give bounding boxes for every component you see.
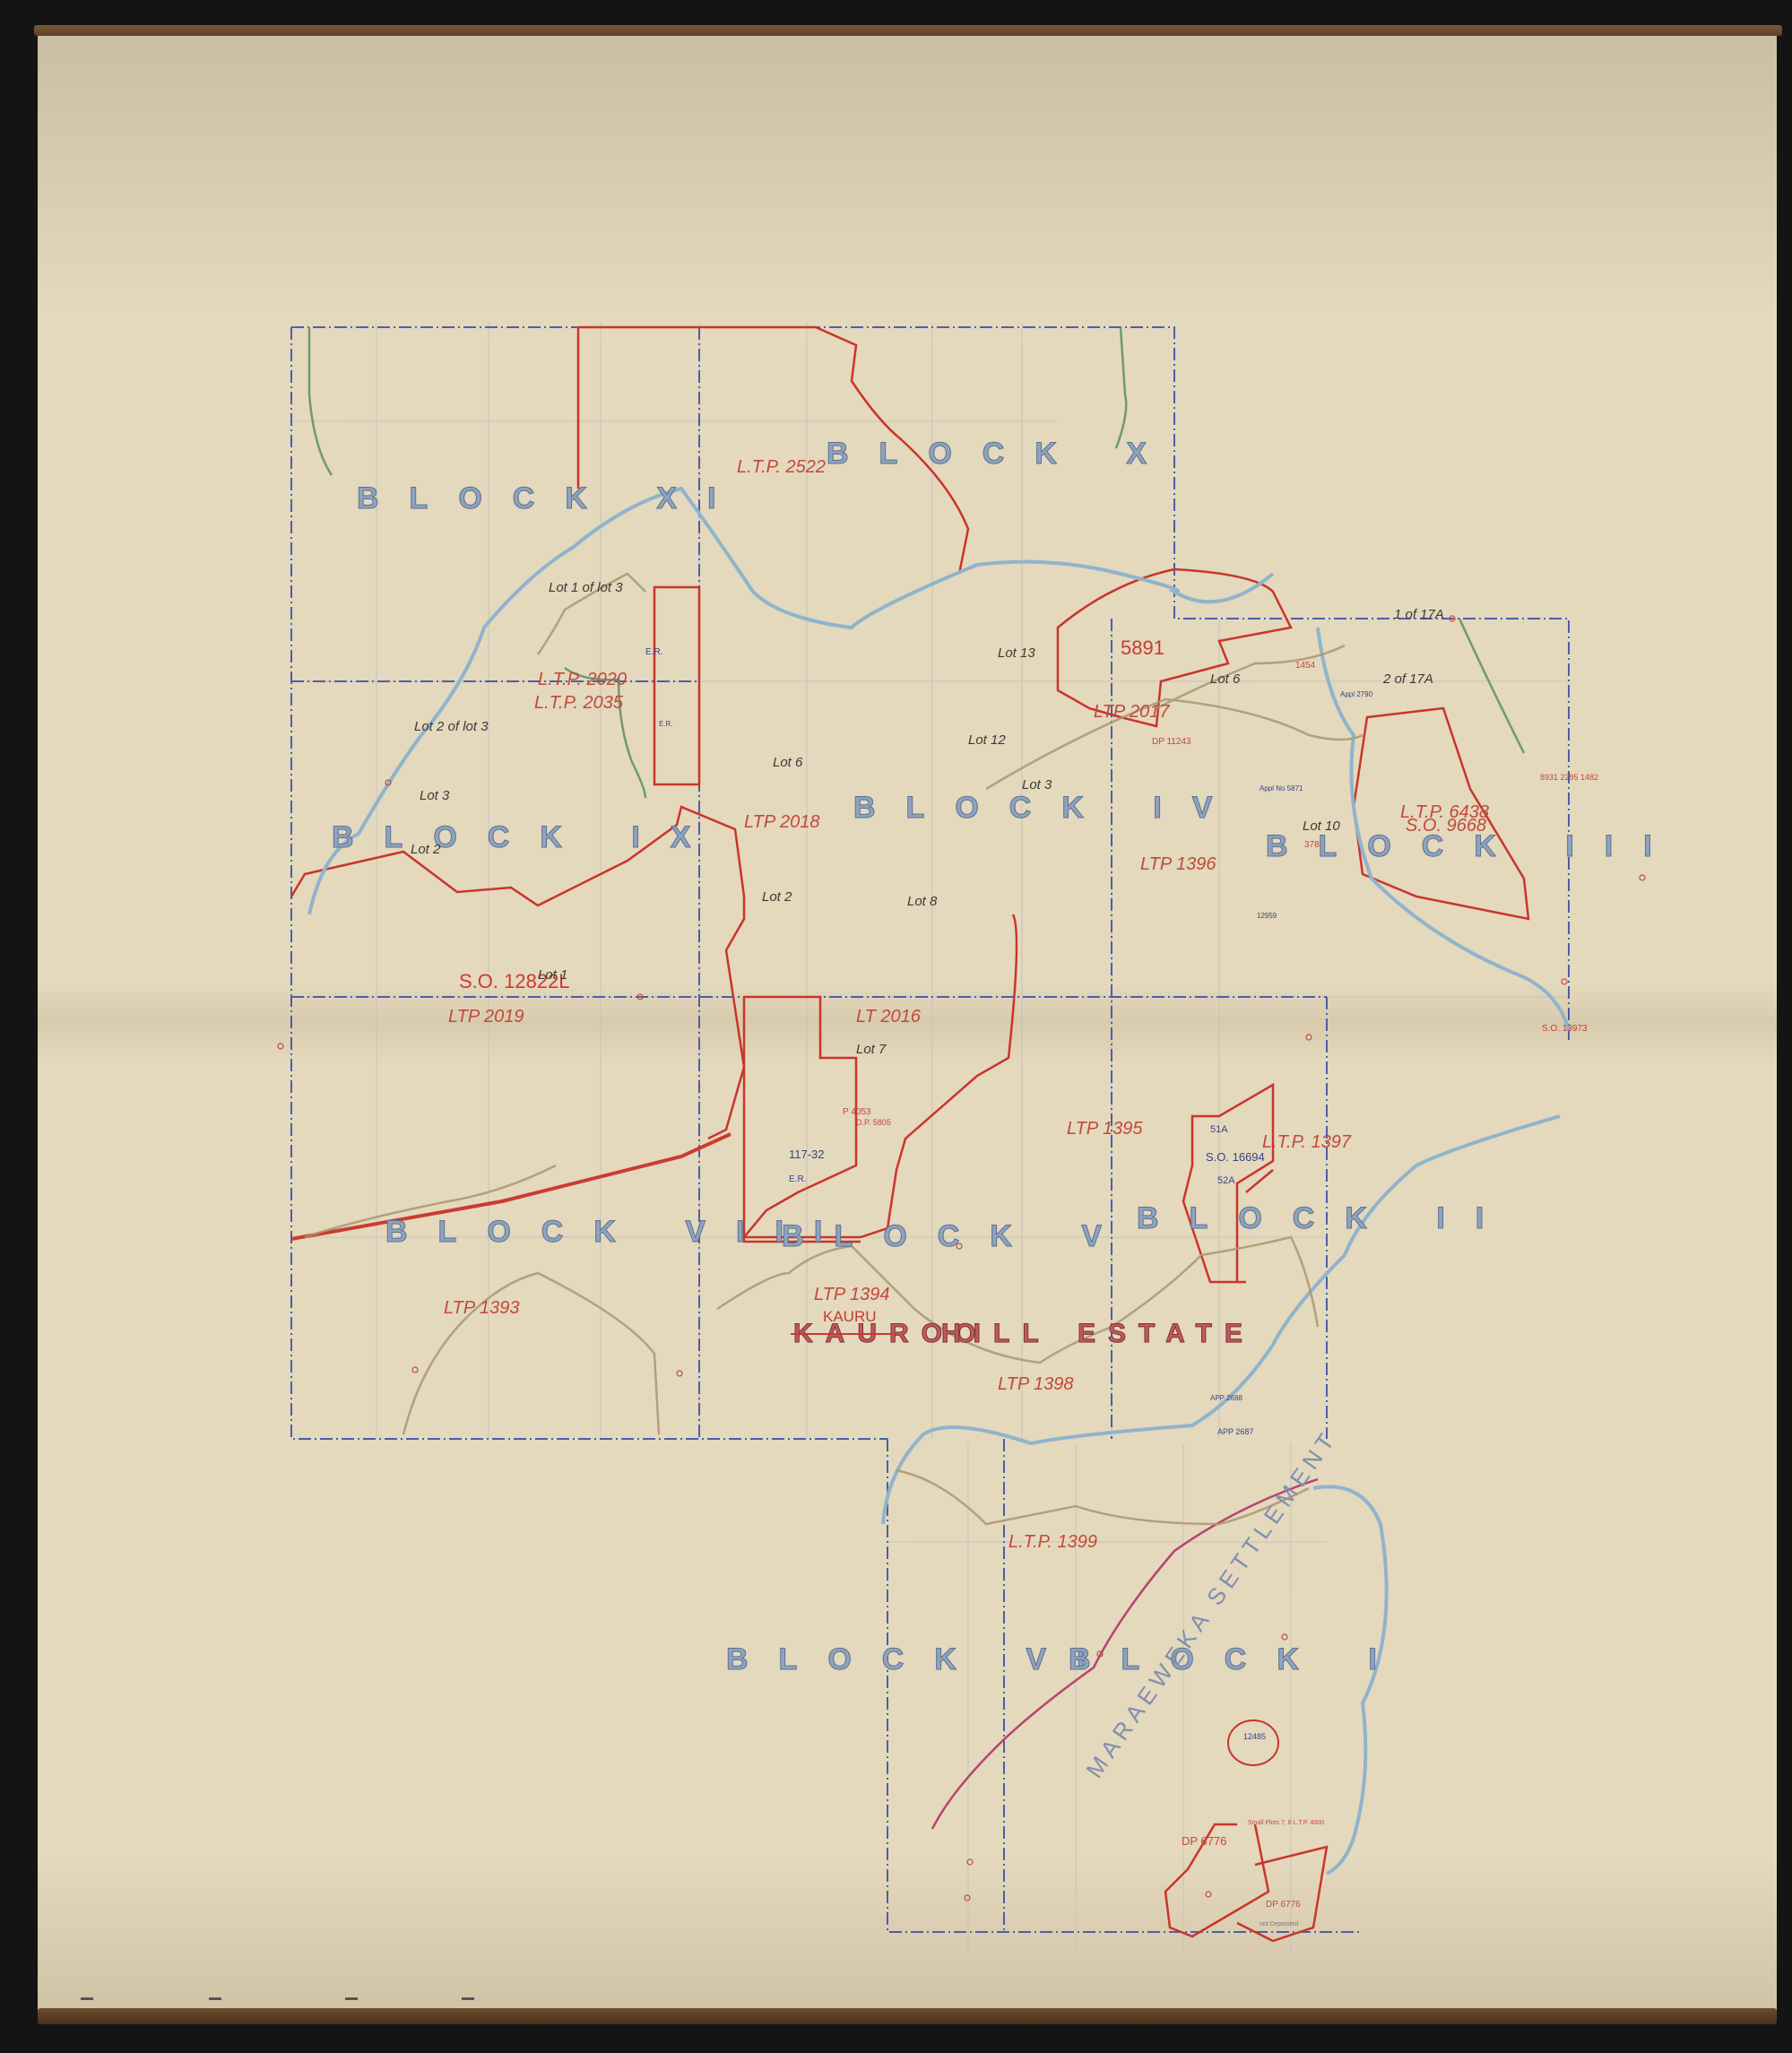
ltp-2017: LTP 2017 <box>1094 702 1170 722</box>
ltp-2522: L.T.P. 2522 <box>737 457 826 477</box>
block-x-label: BLOCK XI <box>357 481 746 515</box>
section-grid <box>291 323 1569 1954</box>
lot-2-east: Lot 2 <box>762 889 792 905</box>
lot-1-of-3: Lot 1 of lot 3 <box>549 580 623 595</box>
block-boundaries <box>291 327 1569 1932</box>
ltp-1397: L.T.P. 1397 <box>1262 1132 1352 1152</box>
ltp-2035: L.T.P. 2035 <box>534 693 624 713</box>
parcel-8931: 8931 2295 1482 <box>1540 773 1598 782</box>
lot-1: Lot 1 <box>538 967 567 983</box>
block-ix-label: BLOCK IX <box>332 820 721 854</box>
lot-10: Lot 10 <box>1303 819 1340 834</box>
roads <box>305 574 1363 1524</box>
block-vi-label: BLOCK VI <box>726 1642 1115 1676</box>
so-16694: S.O. 16694 <box>1206 1150 1265 1164</box>
ltp-1398: LTP 1398 <box>998 1374 1074 1394</box>
block-xi-label: BLOCK X <box>827 437 1177 471</box>
dp-6776-a: DP 6776 <box>1182 1834 1226 1848</box>
ltp-2018: LTP 2018 <box>744 812 820 832</box>
small-plots-note: Small Plots 7, 8 L.T.P. 4000 <box>1248 1820 1324 1826</box>
green-streams <box>309 327 1524 798</box>
parcel-12485: 12485 <box>1243 1732 1266 1741</box>
lot-2-of-17a: 2 of 17A <box>1382 671 1433 687</box>
parcel-378: 378 <box>1304 840 1320 850</box>
er-label-2: E.R. <box>789 1174 806 1184</box>
ltp-2019: LTP 2019 <box>448 1007 524 1026</box>
estate-name-part-3: ESTATE <box>1078 1319 1255 1348</box>
lot-6-east: Lot 6 <box>1210 671 1241 687</box>
not-deposited-note: not Deposited <box>1260 1921 1299 1927</box>
lot-3: Lot 3 <box>420 788 450 803</box>
ltp-2020: L.T.P. 2020 <box>538 670 627 689</box>
lot-1-of-17a: 1 of 17A <box>1394 607 1444 622</box>
lot-52a: 52A <box>1217 1175 1235 1186</box>
block-i-label: BLOCK I <box>1069 1642 1407 1676</box>
lot-6-west: Lot 6 <box>773 755 803 770</box>
block-iv-label: BLOCK IV <box>853 791 1242 825</box>
lot-8: Lot 8 <box>907 894 938 909</box>
so-9668: S.O. 9668 <box>1406 816 1486 836</box>
app-2688: APP 2688 <box>1210 1394 1242 1402</box>
dp-6776-b: DP 6776 <box>1266 1900 1301 1910</box>
ltp-1394: LTP 1394 <box>814 1285 890 1304</box>
parcel-5891: 5891 <box>1121 637 1164 659</box>
ltp-1396: LTP 1396 <box>1140 854 1216 874</box>
ltp-1399: L.T.P. 1399 <box>1009 1532 1097 1552</box>
ltp-1393: LTP 1393 <box>444 1298 520 1318</box>
lot-12: Lot 12 <box>968 732 1006 748</box>
so-13973: S.O. 13973 <box>1542 1024 1588 1034</box>
estate-name-part-2: HILL <box>941 1319 1052 1348</box>
settlement-label: MARAEWEKA SETTLEMENT <box>1080 1425 1342 1783</box>
appl-2790: Appl 2790 <box>1340 690 1373 698</box>
lt-2016: LT 2016 <box>856 1007 922 1026</box>
estate-correction: KAURU <box>823 1308 877 1325</box>
p-4053: P 4053 <box>843 1107 871 1117</box>
dp-5805: D.P. 5805 <box>856 1118 891 1127</box>
lot-2-of-3: Lot 2 of lot 3 <box>414 719 489 734</box>
ltp-1395: LTP 1395 <box>1067 1119 1143 1139</box>
block-ii-label: BLOCK II <box>1137 1201 1514 1235</box>
dp-11243: DP 11243 <box>1152 737 1191 747</box>
lot-13: Lot 13 <box>998 645 1035 661</box>
er-label-3: E.R. <box>659 720 673 728</box>
lot-7: Lot 7 <box>856 1042 887 1057</box>
survey-map[interactable]: BLOCK XI BLOCK X BLOCK IX BLOCK IV BLOCK… <box>0 0 1792 2053</box>
lot-3-east: Lot 3 <box>1022 777 1052 793</box>
appl-5871: Appl No 5871 <box>1260 784 1303 793</box>
lot-2-faint: Lot 2 <box>411 842 441 857</box>
parcel-12959: 12959 <box>1257 912 1277 920</box>
lot-117-32: 117-32 <box>789 1148 825 1161</box>
parcel-1454: 1454 <box>1295 661 1316 671</box>
app-2687: APP 2687 <box>1217 1427 1253 1436</box>
lot-51a: 51A <box>1210 1124 1228 1135</box>
er-label-1: E.R. <box>645 647 662 657</box>
boundary-12485 <box>1228 1720 1278 1765</box>
